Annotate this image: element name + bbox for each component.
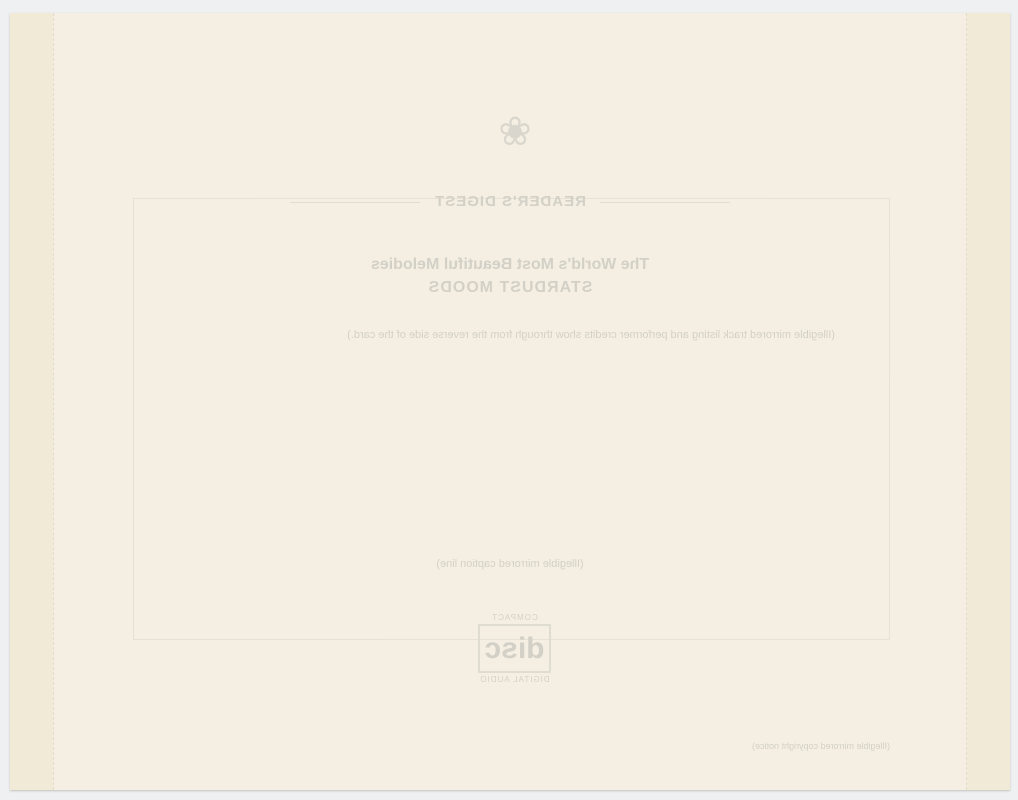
copyright-fine-print: (Illegible mirrored copyright notice): [570, 741, 890, 752]
album-subtitle: The World's Most Beautiful Melodies: [10, 256, 1010, 274]
compact-disc-logo: COMPACT disc DIGITAL AUDIO: [472, 613, 557, 688]
disc-icon: disc: [478, 624, 551, 673]
album-title: STARDUST MOODS: [10, 279, 1010, 297]
brand-name: READER'S DIGEST: [10, 193, 1010, 210]
show-through-layer: ❀ READER'S DIGEST The World's Most Beaut…: [10, 13, 1010, 790]
rule-left: [600, 202, 730, 203]
caption: (Illegible mirrored caption line): [10, 558, 1010, 570]
brand-text: READER'S DIGEST: [434, 193, 586, 210]
cd-logo-bottom: DIGITAL AUDIO: [472, 675, 557, 684]
tray-card: ❀ READER'S DIGEST The World's Most Beaut…: [10, 13, 1010, 790]
track-listing: (Illegible mirrored track listing and pe…: [165, 328, 835, 344]
pegasus-emblem-icon: ❀: [480, 108, 550, 163]
rule-right: [290, 202, 420, 203]
cd-logo-top: COMPACT: [472, 613, 557, 622]
